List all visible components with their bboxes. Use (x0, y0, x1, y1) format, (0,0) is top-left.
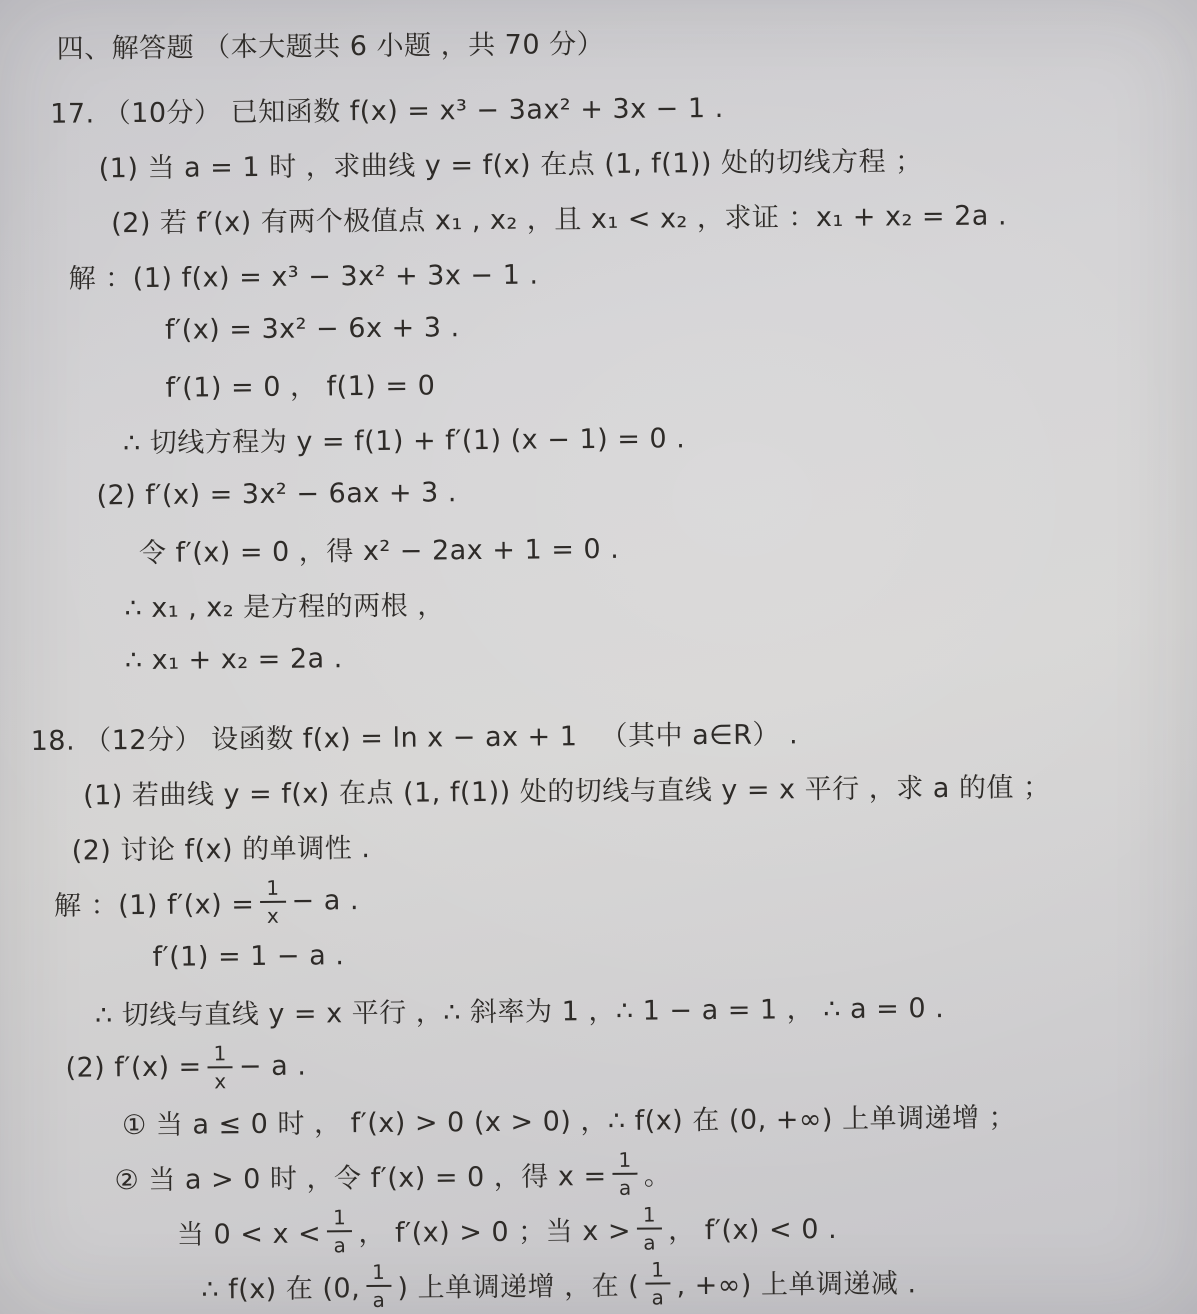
text-run: ) 上单调递增 ，在 ( (397, 1264, 639, 1305)
page-content: 四、解答题 （本大题共 6 小题 ，共 70 分）17. （10分） 已知函数 … (0, 9, 1197, 1314)
text-run: − a . (291, 885, 359, 917)
handwritten-line: 四、解答题 （本大题共 6 小题 ，共 70 分） (0, 9, 1192, 74)
text-run: (2) 若 f′(x) 有两个极值点 x₁ , x₂ ，且 x₁ < x₂ ，求… (111, 193, 1007, 240)
text-run: f′(1) = 0 ， f(1) = 0 (165, 363, 435, 404)
problem-18: 18. （12分） 设函数 f(x) = ln x − ax + 1 （其中 a… (0, 701, 1197, 1314)
fraction: 1a (645, 1259, 671, 1307)
fraction-numerator: 1 (327, 1207, 352, 1232)
fraction-numerator: 1 (366, 1261, 391, 1286)
fraction-numerator: 1 (637, 1204, 662, 1229)
fraction-denominator: a (645, 1284, 670, 1307)
section-header: 四、解答题 （本大题共 6 小题 ，共 70 分） (0, 9, 1192, 74)
text-run: 四、解答题 （本大题共 6 小题 ，共 70 分） (56, 22, 604, 66)
text-run: (1) 若曲线 y = f(x) 在点 (1, f(1)) 处的切线与直线 y … (83, 765, 1051, 812)
problem-17: 17. （10分） 已知函数 f(x) = x³ − 3ax² + 3x − 1… (0, 74, 1197, 689)
fraction: 1a (637, 1204, 663, 1252)
fraction-denominator: x (261, 902, 286, 925)
text-run: (1) 当 a = 1 时 ，求曲线 y = f(x) 在点 (1, f(1))… (98, 139, 922, 185)
text-run: − a . (239, 1051, 307, 1083)
text-run: (2) f′(x) = (65, 1051, 201, 1083)
text-run: f′(x) = 3x² − 6x + 3 . (165, 312, 460, 346)
text-run: 。 (644, 1153, 672, 1192)
handwritten-line: ∴ x₁ + x₂ = 2a . (0, 624, 1197, 689)
text-run: ， f′(x) < 0 . (668, 1207, 837, 1247)
fraction-numerator: 1 (260, 877, 285, 902)
fraction-numerator: 1 (612, 1149, 637, 1174)
text-run: 解 ：(1) f′(x) = (54, 882, 255, 923)
fraction-denominator: a (327, 1232, 352, 1255)
text-run: ∴ f(x) 在 (0, (201, 1266, 360, 1306)
fraction: 1a (327, 1207, 353, 1255)
text-run: (2) 讨论 f(x) 的单调性 . (71, 826, 370, 868)
text-run: , +∞) 上单调递减 . (676, 1261, 916, 1302)
text-run: f′(1) = 1 − a . (152, 940, 344, 973)
fraction-denominator: a (613, 1174, 638, 1197)
fraction-denominator: x (208, 1068, 233, 1091)
text-run: ∴ x₁ + x₂ = 2a . (125, 643, 343, 676)
fraction-numerator: 1 (208, 1043, 233, 1068)
text-run: ， f′(x) > 0 ；当 x > (358, 1209, 631, 1250)
fraction: 1x (208, 1043, 234, 1091)
fraction-denominator: a (637, 1229, 662, 1252)
fraction: 1x (260, 877, 286, 925)
fraction: 1a (366, 1261, 392, 1309)
text-run: 令 f′(x) = 0 ，得 x² − 2ax + 1 = 0 . (139, 527, 620, 570)
text-run: ∴ 切线与直线 y = x 平行 ，∴ 斜率为 1 ，∴ 1 − a = 1 ，… (95, 986, 945, 1032)
text-run: (2) f′(x) = 3x² − 6ax + 3 . (96, 477, 457, 511)
text-run: ∴ 切线方程为 y = f(1) + f′(1) (x − 1) = 0 . (123, 416, 686, 460)
text-run: ② 当 a > 0 时 ，令 f′(x) = 0 ，得 x = (114, 1154, 606, 1197)
fraction-denominator: a (366, 1286, 391, 1309)
text-run: 17. （10分） 已知函数 f(x) = x³ − 3ax² + 3x − 1… (50, 86, 724, 131)
text-run: ① 当 a ≤ 0 时 ， f′(x) > 0 (x > 0) ，∴ f(x) … (122, 1095, 1016, 1142)
text-run: 当 0 < x < (177, 1211, 322, 1251)
fraction: 1a (612, 1149, 638, 1197)
text-run: 解 ：(1) f(x) = x³ − 3x² + 3x − 1 . (68, 253, 538, 296)
paper-sheet: 四、解答题 （本大题共 6 小题 ，共 70 分）17. （10分） 已知函数 … (0, 0, 1197, 1314)
text-run: ∴ x₁ , x₂ 是方程的两根 ， (124, 583, 445, 625)
fraction-numerator: 1 (645, 1259, 670, 1284)
text-run: 18. （12分） 设函数 f(x) = ln x − ax + 1 （其中 a… (30, 712, 798, 758)
handwritten-line: ∴ f(x) 在 (0, 1a) 上单调递增 ，在 (1a, +∞) 上单调递减… (5, 1251, 1197, 1314)
